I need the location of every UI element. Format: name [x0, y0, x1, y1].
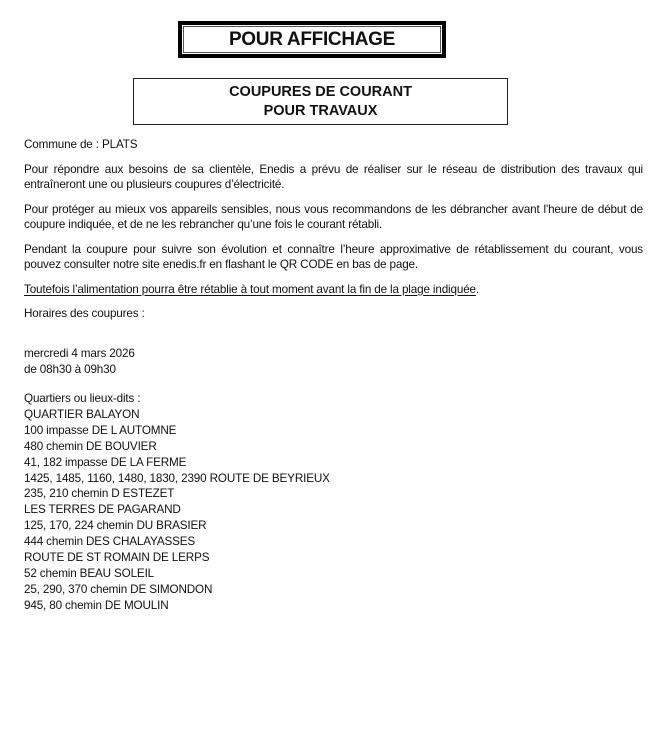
warning-line: Toutefois l’alimentation pourra être rét…	[24, 282, 643, 298]
place-item: 125, 170, 224 chemin DU BRASIER	[24, 518, 330, 534]
place-item: LES TERRES DE PAGARAND	[24, 502, 330, 518]
warning-period: .	[476, 283, 479, 296]
place-item: 41, 182 impasse DE LA FERME	[24, 455, 330, 471]
places-list: QUARTIER BALAYON100 impasse DE L AUTOMNE…	[24, 407, 330, 614]
notice-subtitle-line2: POUR TRAVAUX	[264, 102, 378, 121]
schedule-label: Horaires des coupures :	[24, 306, 643, 322]
paragraph-protection: Pour protéger au mieux vos appareils sen…	[24, 202, 643, 233]
place-item: 1425, 1485, 1160, 1480, 1830, 2390 ROUTE…	[24, 471, 330, 487]
outage-date: mercredi 4 mars 2026	[24, 346, 135, 362]
warning-underlined-text: Toutefois l’alimentation pourra être rét…	[24, 283, 476, 296]
place-item: 25, 290, 370 chemin DE SIMONDON	[24, 582, 330, 598]
notice-body: Commune de : PLATS Pour répondre aux bes…	[24, 137, 643, 322]
place-item: QUARTIER BALAYON	[24, 407, 330, 423]
place-item: 480 chemin DE BOUVIER	[24, 439, 330, 455]
place-item: ROUTE DE ST ROMAIN DE LERPS	[24, 550, 330, 566]
place-item: 52 chemin BEAU SOLEIL	[24, 566, 330, 582]
place-item: 235, 210 chemin D ESTEZET	[24, 486, 330, 502]
place-item: 444 chemin DES CHALAYASSES	[24, 534, 330, 550]
notice-subtitle-line1: COUPURES DE COURANT	[229, 83, 412, 102]
place-item: 100 impasse DE L AUTOMNE	[24, 423, 330, 439]
outage-time-range: de 08h30 à 09h30	[24, 362, 135, 378]
place-item: 945, 80 chemin DE MOULIN	[24, 598, 330, 614]
commune-line: Commune de : PLATS	[24, 137, 643, 153]
notice-title: POUR AFFICHAGE	[229, 29, 395, 51]
places-block: Quartiers ou lieux-dits : QUARTIER BALAY…	[24, 391, 330, 614]
paragraph-tracking: Pendant la coupure pour suivre son évolu…	[24, 242, 643, 273]
paragraph-intro: Pour répondre aux besoins de sa clientèl…	[24, 162, 643, 193]
notice-subtitle-box: COUPURES DE COURANT POUR TRAVAUX	[133, 78, 508, 125]
places-label: Quartiers ou lieux-dits :	[24, 391, 330, 407]
schedule-block: mercredi 4 mars 2026 de 08h30 à 09h30	[24, 346, 135, 377]
notice-title-box: POUR AFFICHAGE	[178, 21, 446, 58]
